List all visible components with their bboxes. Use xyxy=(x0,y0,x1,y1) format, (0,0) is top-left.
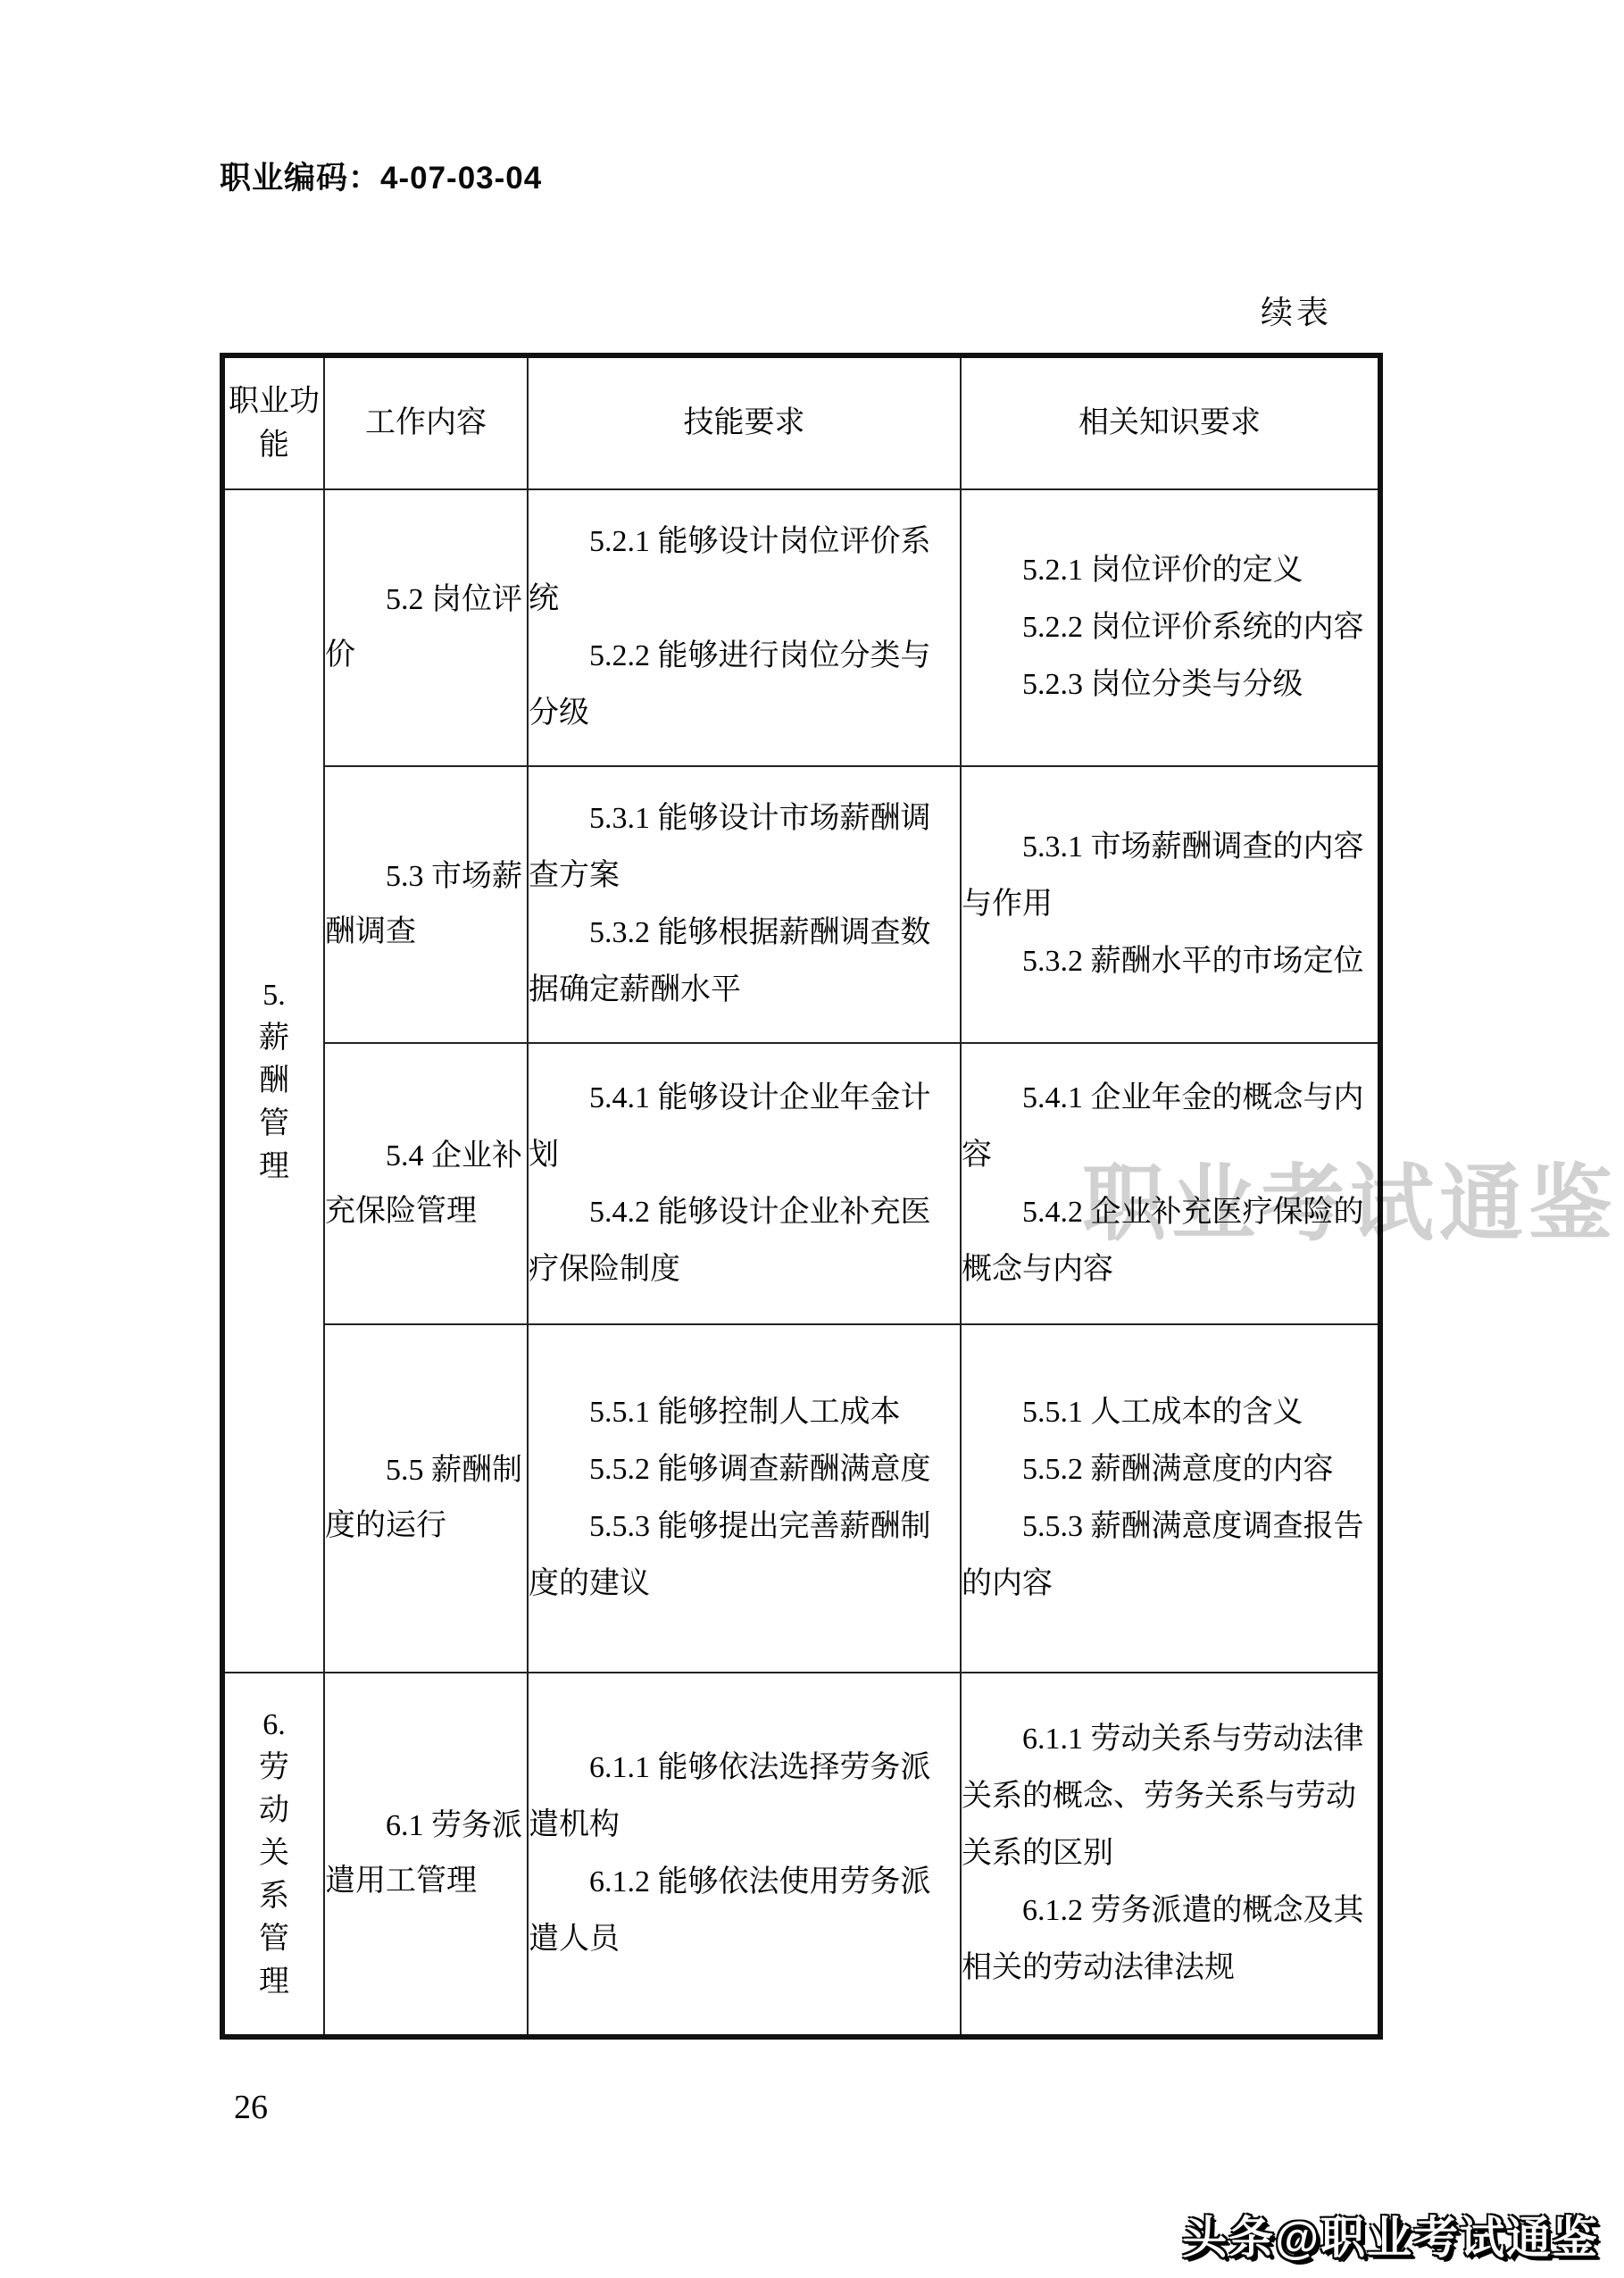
skill-item: 6.1.1 能够依法选择劳务派遣机构 xyxy=(529,1740,960,1854)
work-content-text: 5.2 岗位评价 xyxy=(325,572,527,683)
function-line: 薪 xyxy=(225,1017,323,1060)
skill-item: 6.1.2 能够依法使用劳务派遣人员 xyxy=(529,1854,960,1968)
knowledge-requirements-cell: 5.5.1 人工成本的含义 5.5.2 薪酬满意度的内容 5.5.3 薪酬满意度… xyxy=(961,1324,1380,1673)
skill-item: 5.5.1 能够控制人工成本 xyxy=(529,1384,960,1441)
function-line: 理 xyxy=(225,1961,323,2004)
skill-item: 5.4.2 能够设计企业补充医疗保险制度 xyxy=(529,1184,960,1298)
header-work-content: 工作内容 xyxy=(324,355,528,489)
knowledge-item: 5.5.2 薪酬满意度的内容 xyxy=(962,1441,1378,1498)
knowledge-item: 6.1.2 劳务派遣的概念及其相关的劳动法律法规 xyxy=(962,1882,1378,1997)
work-content-text: 5.3 市场薪酬调查 xyxy=(325,849,527,960)
document-page: 职业编码：4-07-03-04 续表 职业功能 工作内容 技能要求 相关知识要求… xyxy=(0,0,1624,2278)
header-knowledge-requirements: 相关知识要求 xyxy=(961,355,1380,489)
skill-requirements-cell: 5.3.1 能够设计市场薪酬调查方案 5.3.2 能够根据薪酬调查数据确定薪酬水… xyxy=(528,766,961,1043)
skill-requirements-cell: 5.2.1 能够设计岗位评价系统 5.2.2 能够进行岗位分类与分级 xyxy=(528,489,961,766)
function-cell-compensation-management: 5. 薪 酬 管 理 xyxy=(222,489,324,1673)
work-content-cell: 5.3 市场薪酬调查 xyxy=(324,766,528,1043)
work-content-text: 6.1 劳务派遣用工管理 xyxy=(325,1798,527,1909)
page-number: 26 xyxy=(234,2088,268,2127)
function-line: 管 xyxy=(225,1103,323,1146)
skill-item: 5.3.2 能够根据薪酬调查数据确定薪酬水平 xyxy=(529,905,960,1019)
skill-item: 5.2.1 能够设计岗位评价系统 xyxy=(529,513,960,628)
function-line: 关 xyxy=(225,1832,323,1875)
knowledge-item: 5.4.2 企业补充医疗保险的概念与内容 xyxy=(962,1184,1378,1298)
table-row: 6. 劳 动 关 系 管 理 6.1 劳务派遣用工管理 6.1.1 能够依法选择… xyxy=(222,1673,1380,2037)
knowledge-item: 5.3.1 市场薪酬调查的内容与作用 xyxy=(962,819,1378,933)
table-header-row: 职业功能 工作内容 技能要求 相关知识要求 xyxy=(222,355,1380,489)
table-row: 5.5 薪酬制度的运行 5.5.1 能够控制人工成本 5.5.2 能够调查薪酬满… xyxy=(222,1324,1380,1673)
table-row: 5.4 企业补充保险管理 5.4.1 能够设计企业年金计划 5.4.2 能够设计… xyxy=(222,1043,1380,1324)
knowledge-requirements-cell: 5.2.1 岗位评价的定义 5.2.2 岗位评价系统的内容 5.2.3 岗位分类… xyxy=(961,489,1380,766)
work-content-text: 5.4 企业补充保险管理 xyxy=(325,1129,527,1239)
knowledge-requirements-cell: 5.4.1 企业年金的概念与内容 5.4.2 企业补充医疗保险的概念与内容 xyxy=(961,1043,1380,1324)
knowledge-requirements-cell: 5.3.1 市场薪酬调查的内容与作用 5.3.2 薪酬水平的市场定位 xyxy=(961,766,1380,1043)
function-line: 管 xyxy=(225,1918,323,1961)
function-line: 5. xyxy=(225,974,323,1017)
skill-requirements-cell: 5.5.1 能够控制人工成本 5.5.2 能够调查薪酬满意度 5.5.3 能够提… xyxy=(528,1324,961,1673)
knowledge-item: 5.2.3 岗位分类与分级 xyxy=(962,656,1378,713)
continued-table-label: 续表 xyxy=(1261,288,1332,333)
knowledge-item: 5.4.1 企业年金的概念与内容 xyxy=(962,1070,1378,1184)
header-skill-requirements: 技能要求 xyxy=(528,355,961,489)
table-row: 5.3 市场薪酬调查 5.3.1 能够设计市场薪酬调查方案 5.3.2 能够根据… xyxy=(222,766,1380,1043)
work-content-cell: 6.1 劳务派遣用工管理 xyxy=(324,1673,528,2037)
function-line: 酬 xyxy=(225,1060,323,1103)
function-line: 劳 xyxy=(225,1747,323,1790)
work-content-cell: 5.4 企业补充保险管理 xyxy=(324,1043,528,1324)
work-content-cell: 5.2 岗位评价 xyxy=(324,489,528,766)
skill-item: 5.5.2 能够调查薪酬满意度 xyxy=(529,1441,960,1498)
knowledge-item: 5.5.3 薪酬满意度调查报告的内容 xyxy=(962,1498,1378,1613)
skill-requirements-cell: 5.4.1 能够设计企业年金计划 5.4.2 能够设计企业补充医疗保险制度 xyxy=(528,1043,961,1324)
knowledge-item: 5.2.1 岗位评价的定义 xyxy=(962,542,1378,599)
skill-item: 5.2.2 能够进行岗位分类与分级 xyxy=(529,628,960,742)
function-cell-labor-relations-management: 6. 劳 动 关 系 管 理 xyxy=(222,1673,324,2037)
knowledge-item: 5.3.2 薪酬水平的市场定位 xyxy=(962,933,1378,990)
function-line: 动 xyxy=(225,1790,323,1832)
function-line: 系 xyxy=(225,1875,323,1918)
skill-item: 5.3.1 能够设计市场薪酬调查方案 xyxy=(529,790,960,905)
work-content-cell: 5.5 薪酬制度的运行 xyxy=(324,1324,528,1673)
skill-item: 5.4.1 能够设计企业年金计划 xyxy=(529,1070,960,1184)
knowledge-item: 5.5.1 人工成本的含义 xyxy=(962,1384,1378,1441)
knowledge-item: 5.2.2 岗位评价系统的内容 xyxy=(962,599,1378,656)
occupation-code-label: 职业编码：4-07-03-04 xyxy=(220,154,542,198)
knowledge-requirements-cell: 6.1.1 劳动关系与劳动法律关系的概念、劳务关系与劳动关系的区别 6.1.2 … xyxy=(961,1673,1380,2037)
function-line: 理 xyxy=(225,1146,323,1189)
header-occupational-function: 职业功能 xyxy=(222,355,324,489)
footer-credit: 头条@职业考试通鉴 xyxy=(1182,2202,1599,2266)
occupational-standard-table: 职业功能 工作内容 技能要求 相关知识要求 5. 薪 酬 管 理 5.2 岗位评… xyxy=(220,353,1383,2040)
skill-requirements-cell: 6.1.1 能够依法选择劳务派遣机构 6.1.2 能够依法使用劳务派遣人员 xyxy=(528,1673,961,2037)
knowledge-item: 6.1.1 劳动关系与劳动法律关系的概念、劳务关系与劳动关系的区别 xyxy=(962,1711,1378,1882)
function-line: 6. xyxy=(225,1704,323,1747)
work-content-text: 5.5 薪酬制度的运行 xyxy=(325,1443,527,1554)
table-row: 5. 薪 酬 管 理 5.2 岗位评价 5.2.1 能够设计岗位评价系统 5.2… xyxy=(222,489,1380,766)
skill-item: 5.5.3 能够提出完善薪酬制度的建议 xyxy=(529,1498,960,1613)
